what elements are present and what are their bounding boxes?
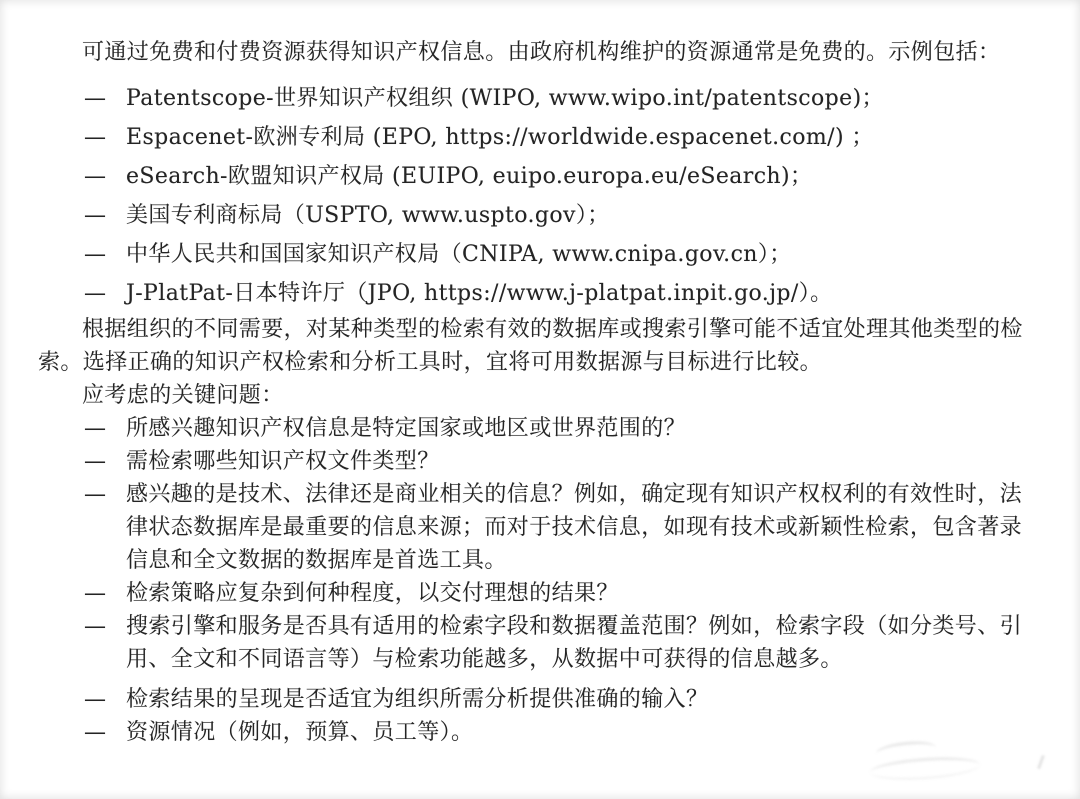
source-item-text: Espacenet-欧洲专利局 (EPO, https://worldwide.… — [126, 125, 874, 150]
document-page: 可通过免费和付费资源获得知识产权信息。由政府机构维护的资源通常是免费的。示例包括… — [38, 33, 1036, 749]
dash-bullet: — — [84, 683, 126, 716]
source-item-euipo: —eSearch-欧盟知识产权局 (EUIPO, euipo.europa.eu… — [38, 157, 1036, 196]
question-text: 需检索哪些知识产权文件类型？ — [126, 449, 440, 474]
dash-bullet: — — [84, 118, 126, 157]
question-item: —检索策略应复杂到何种程度，以交付理想的结果？ — [38, 577, 1036, 610]
scanned-document: { "content": { "dash": "—", "intro": "可通… — [0, 0, 1080, 799]
source-list: —Patentscope-世界知识产权组织 (WIPO, www.wipo.in… — [38, 79, 1036, 313]
dash-bullet: — — [84, 478, 126, 511]
dash-bullet: — — [84, 274, 126, 313]
source-item-epo: —Espacenet-欧洲专利局 (EPO, https://worldwide… — [38, 118, 1036, 157]
dash-bullet: — — [84, 577, 126, 610]
watermark-smudge — [1020, 749, 1045, 769]
source-item-text: 美国专利商标局（USPTO, www.uspto.gov）； — [126, 203, 610, 228]
paragraph-line: 索。选择正确的知识产权检索和分析工具时，宜将可用数据源与目标进行比较。 — [38, 346, 1036, 379]
question-text: 检索结果的呈现是否适宜为组织所需分析提供准确的输入？ — [126, 687, 708, 712]
question-item: —所感兴趣知识产权信息是特定国家或地区或世界范围的？ — [38, 412, 1036, 445]
dash-bullet: — — [84, 79, 126, 118]
watermark-smudge — [869, 754, 980, 783]
dash-bullet: — — [84, 157, 126, 196]
question-text: 资源情况（例如，预算、员工等）。 — [126, 720, 473, 745]
dash-bullet: — — [84, 610, 126, 643]
dash-bullet: — — [84, 235, 126, 274]
source-item-uspto: —美国专利商标局（USPTO, www.uspto.gov）； — [38, 196, 1036, 235]
question-item: —需检索哪些知识产权文件类型？ — [38, 445, 1036, 478]
source-item-text: J-PlatPat-日本特许厅（JPO, https://www.j-platp… — [126, 281, 833, 306]
question-list: —所感兴趣知识产权信息是特定国家或地区或世界范围的？ —需检索哪些知识产权文件类… — [38, 412, 1036, 749]
question-continuation: 律状态数据库是最重要的信息来源；而对于技术信息，如现有技术或新颖性检索，包含著录 — [38, 511, 1036, 544]
question-continuation: 用、全文和不同语言等）与检索功能越多，从数据中可获得的信息越多。 — [38, 643, 1036, 676]
source-item-wipo: —Patentscope-世界知识产权组织 (WIPO, www.wipo.in… — [38, 79, 1036, 118]
question-item: —资源情况（例如，预算、员工等）。 — [38, 716, 1036, 749]
source-item-text: 中华人民共和国国家知识产权局（CNIPA, www.cnipa.gov.cn）； — [126, 242, 792, 267]
source-item-text: Patentscope-世界知识产权组织 (WIPO, www.wipo.int… — [126, 86, 884, 111]
dash-bullet: — — [84, 445, 126, 478]
source-item-cnipa: —中华人民共和国国家知识产权局（CNIPA, www.cnipa.gov.cn）… — [38, 235, 1036, 274]
source-item-text: eSearch-欧盟知识产权局 (EUIPO, euipo.europa.eu/… — [126, 164, 812, 189]
question-item: —检索结果的呈现是否适宜为组织所需分析提供准确的输入？ — [38, 683, 1036, 716]
questions-heading: 应考虑的关键问题： — [38, 379, 1036, 412]
source-item-jpo: —J-PlatPat-日本特许厅（JPO, https://www.j-plat… — [38, 274, 1036, 313]
paragraph-line: 根据组织的不同需要，对某种类型的检索有效的数据库或搜索引擎可能不适宜处理其他类型… — [38, 313, 1036, 346]
question-text: 所感兴趣知识产权信息是特定国家或地区或世界范围的？ — [126, 416, 686, 441]
dash-bullet: — — [84, 716, 126, 749]
question-text: 搜索引擎和服务是否具有适用的检索字段和数据覆盖范围？例如，检索字段（如分类号、引 — [126, 614, 1022, 639]
question-item: —搜索引擎和服务是否具有适用的检索字段和数据覆盖范围？例如，检索字段（如分类号、… — [38, 610, 1036, 643]
question-text: 检索策略应复杂到何种程度，以交付理想的结果？ — [126, 581, 619, 606]
dash-bullet: — — [84, 412, 126, 445]
dash-bullet: — — [84, 196, 126, 235]
question-continuation: 信息和全文数据的数据库是首选工具。 — [38, 544, 1036, 577]
question-text: 感兴趣的是技术、法律还是商业相关的信息？例如，确定现有知识产权权利的有效性时，法 — [126, 482, 1022, 507]
question-item: —感兴趣的是技术、法律还是商业相关的信息？例如，确定现有知识产权权利的有效性时，… — [38, 478, 1036, 511]
intro-paragraph: 可通过免费和付费资源获得知识产权信息。由政府机构维护的资源通常是免费的。示例包括… — [38, 33, 1036, 73]
